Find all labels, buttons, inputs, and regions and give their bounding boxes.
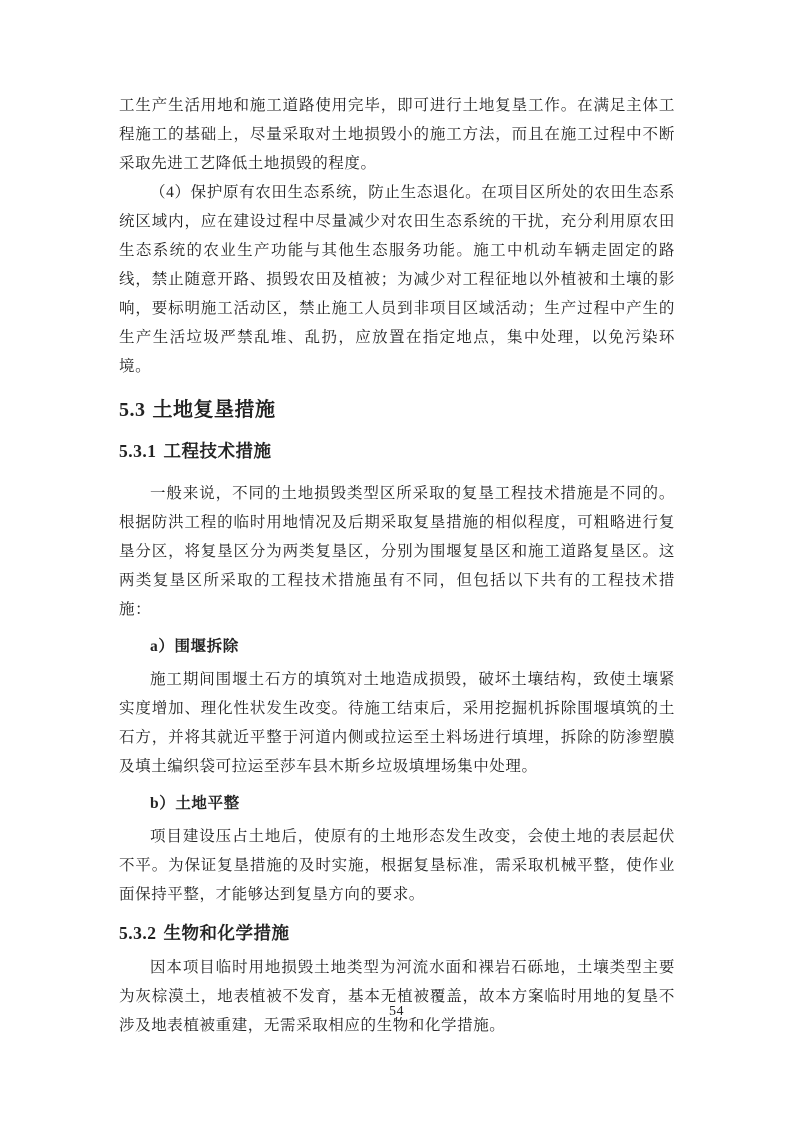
section-number: 5.3 bbox=[119, 399, 146, 421]
paragraph-5-3-1-intro: 一般来说，不同的土地损毁类型区所采取的复垦工程技术措施是不同的。根据防洪工程的临… bbox=[119, 479, 675, 624]
subheading-a-cofferdam-removal: a）围堰拆除 bbox=[119, 632, 675, 661]
subsection-number: 5.3.1 bbox=[119, 441, 157, 461]
paragraph-cofferdam-removal: 施工期间围堰土石方的填筑对土地造成损毁，破坏土壤结构，致使土壤紧实度增加、理化性… bbox=[119, 665, 675, 781]
paragraph-continuation: 工生产生活用地和施工道路使用完毕，即可进行土地复垦工作。在满足主体工程施工的基础… bbox=[119, 91, 675, 178]
subsection-heading-5-3-2: 5.3.2生物和化学措施 bbox=[119, 919, 675, 947]
subheading-b-land-leveling: b）土地平整 bbox=[119, 789, 675, 818]
paragraph-land-leveling: 项目建设压占土地后，使原有的土地形态发生改变，会使土地的表层起伏不平。为保证复垦… bbox=[119, 822, 675, 909]
paragraph-item-4-farmland-ecosystem: （4）保护原有农田生态系统，防止生态退化。在项目区所处的农田生态系统区域内，应在… bbox=[119, 178, 675, 381]
subsection-title: 生物和化学措施 bbox=[164, 923, 290, 943]
subsection-number: 5.3.2 bbox=[119, 923, 157, 943]
paragraph-bio-chem-measures: 因本项目临时用地损毁土地类型为河流水面和裸岩石砾地，土壤类型主要为灰棕漠土，地表… bbox=[119, 953, 675, 1040]
subsection-heading-5-3-1: 5.3.1工程技术措施 bbox=[119, 437, 675, 465]
subsection-title: 工程技术措施 bbox=[164, 441, 272, 461]
section-heading-5-3: 5.3土地复垦措施 bbox=[119, 395, 675, 425]
section-title: 土地复垦措施 bbox=[153, 399, 276, 421]
document-page: 工生产生活用地和施工道路使用完毕，即可进行土地复垦工作。在满足主体工程施工的基础… bbox=[0, 0, 793, 1122]
page-number: 54 bbox=[0, 1002, 793, 1022]
